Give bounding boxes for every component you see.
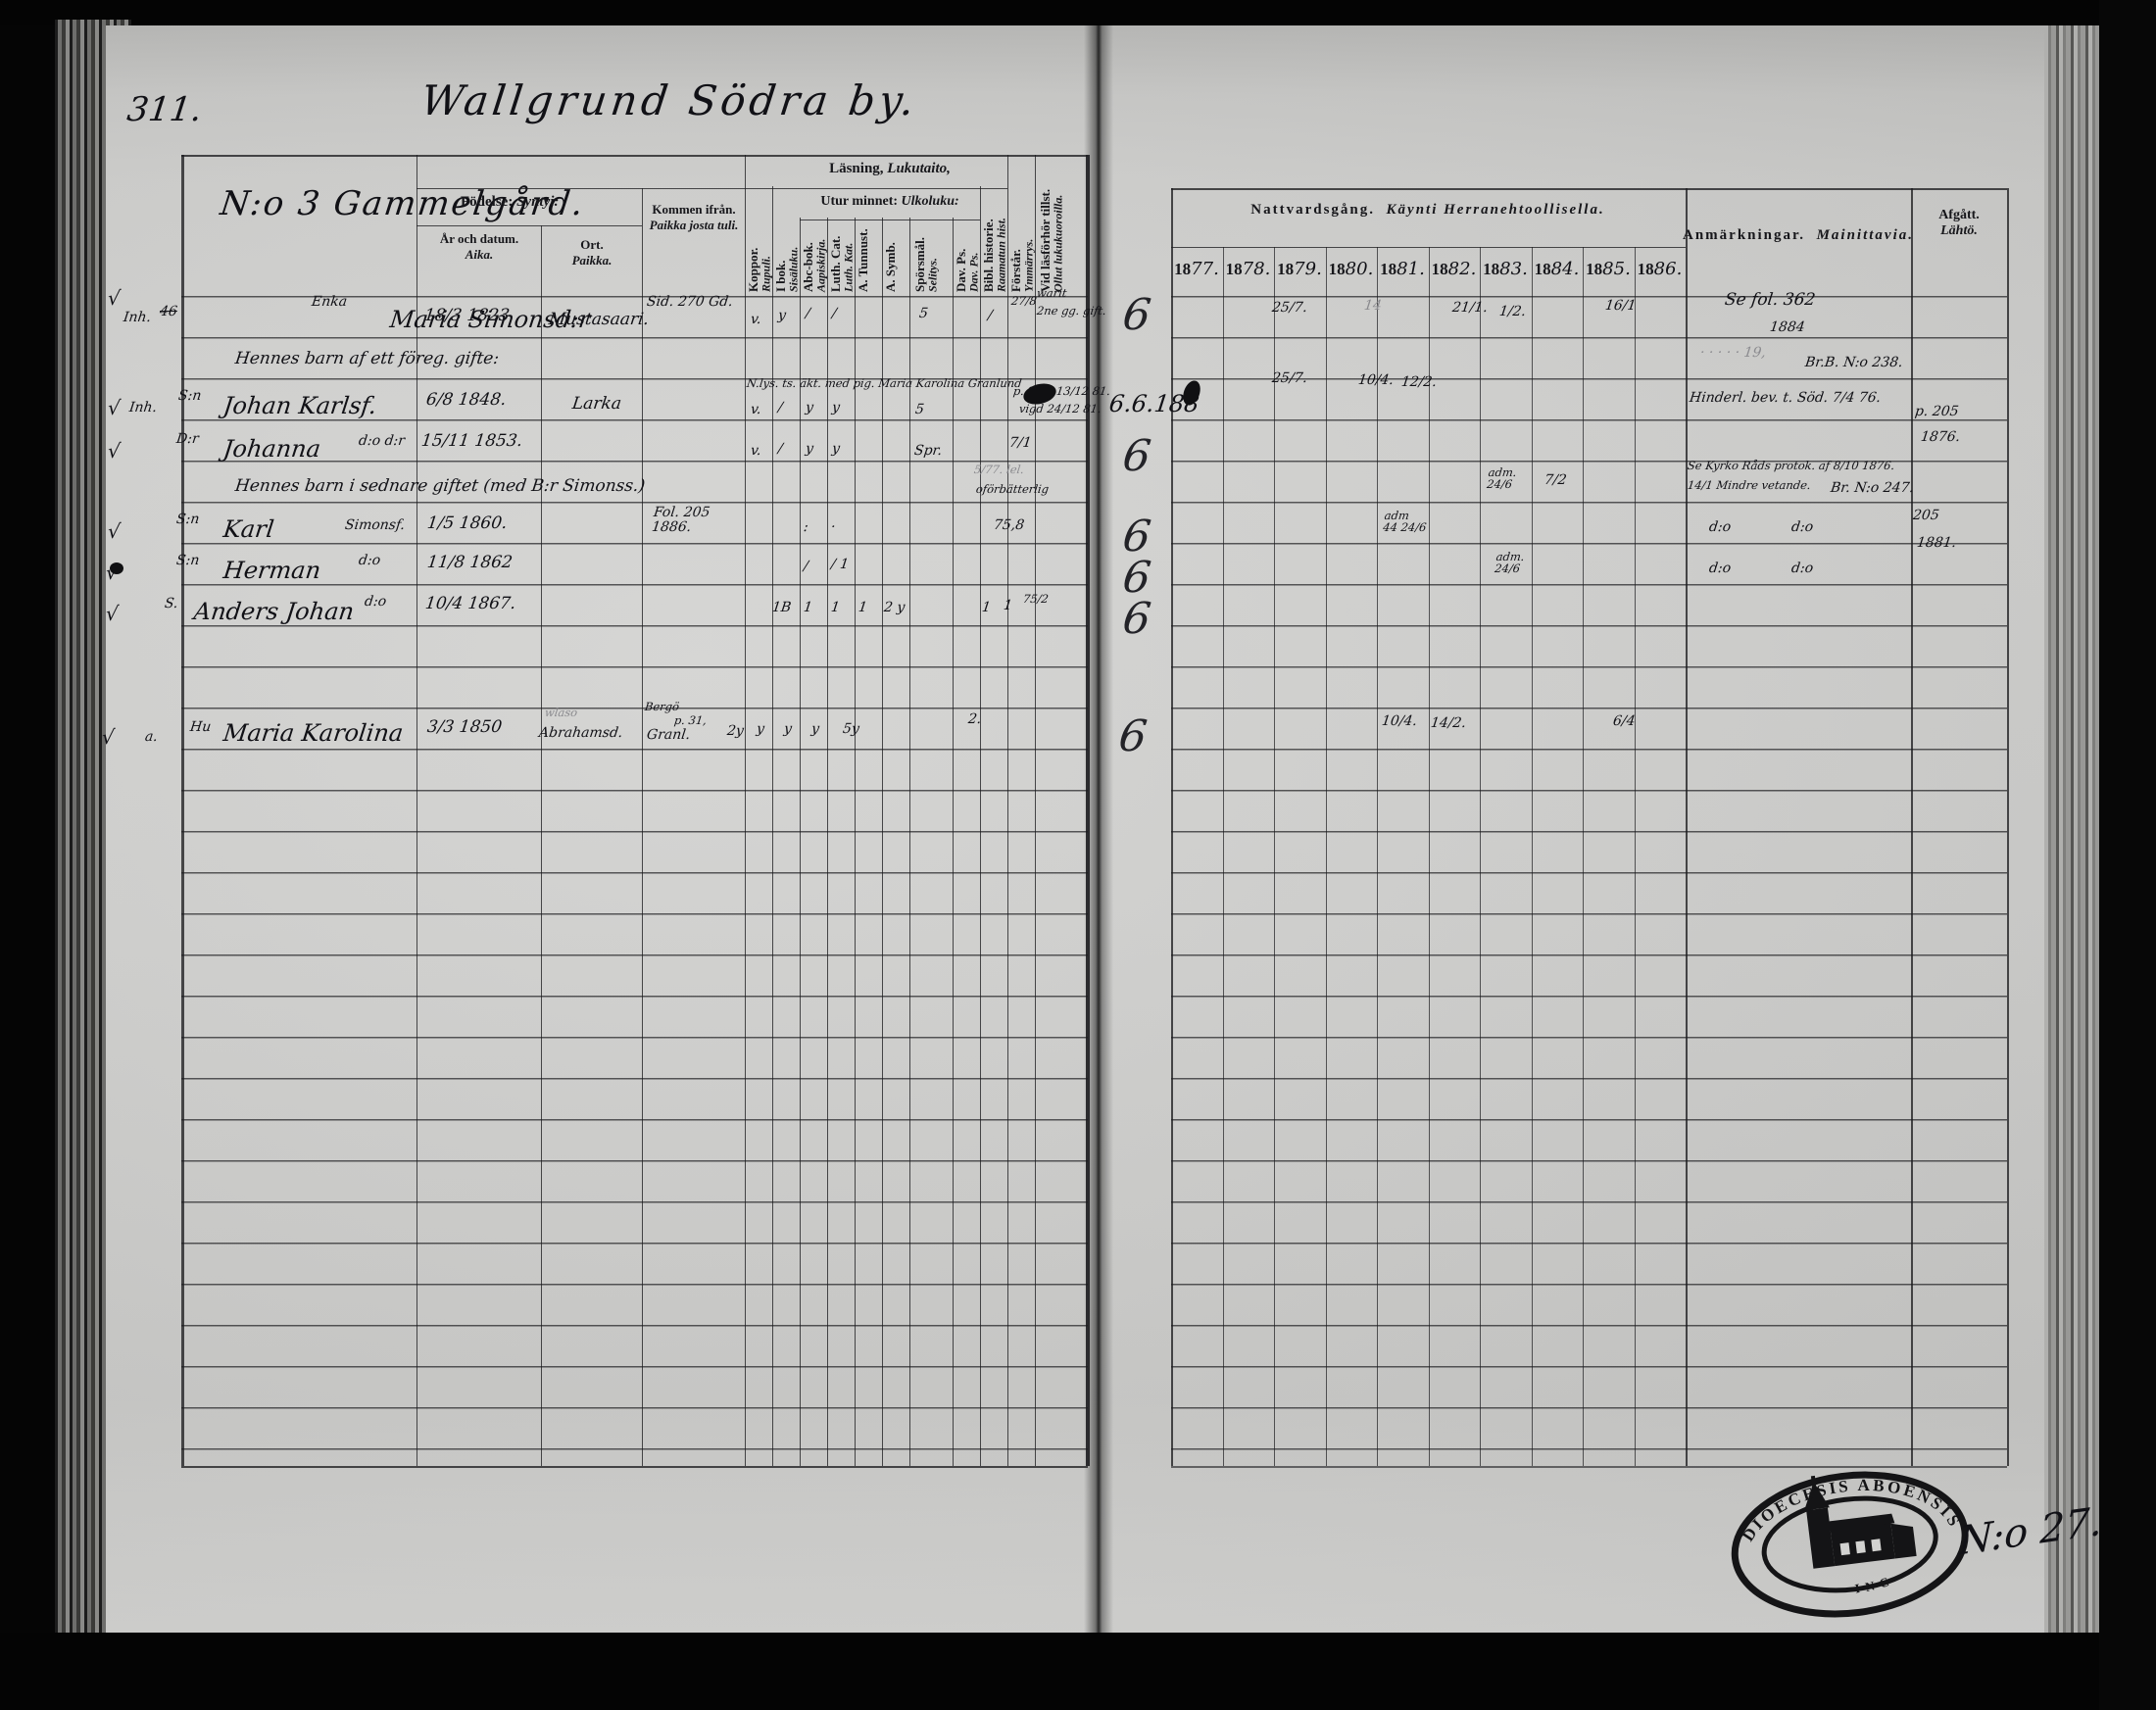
row-maria-karolina-entry: 6/4 <box>1612 713 1636 729</box>
row-hennes-barn-sednare-gifte-entry: 7/2 <box>1543 472 1567 488</box>
row-karl-simonsson-entry: Fol. 205 1886. <box>651 506 710 534</box>
column-label-luth-cat-: Luth. Cat.Luth. Kat. <box>829 221 855 292</box>
rule <box>416 225 642 226</box>
row-hennes-barn-sednare-gifte-entry: oförbätterlig <box>975 482 1050 496</box>
row-karl-simonsson-entry: S:n <box>175 512 200 527</box>
row-johan-karlsson-entry: 25/7. <box>1271 370 1308 386</box>
header-utur-minnet: Utur minnet: Ulkoluku: <box>820 194 958 210</box>
row-anders-johan-entry: √ <box>105 602 121 625</box>
ink-blot <box>110 562 123 574</box>
row-karl-simonsson-entry: 205 <box>1912 508 1940 523</box>
row-maria-karolina-entry: Maria Karolina <box>221 719 405 747</box>
row-maria-simonsdotter-entry: 2ne gg. gift. <box>1036 304 1107 318</box>
header-fodelse: Födelse: Syntyi: <box>461 194 559 211</box>
row-johan-karlsson-entry: Hinderl. bev. t. Söd. 7/4 76. <box>1689 390 1882 406</box>
row-johan-karlsson-entry: 6/8 1848. <box>425 390 508 410</box>
row-maria-simonsdotter-entry: 18/3 1823 <box>423 306 511 325</box>
row-johanna-entry: Spr. <box>913 443 943 459</box>
rule <box>2007 188 2009 1466</box>
row-maria-simonsdotter-entry: 1/2. <box>1498 304 1527 319</box>
column-label-a-symb-: A. Symb. <box>884 221 907 292</box>
row-maria-simonsdotter-entry: 1884 <box>1769 319 1806 335</box>
year-1885: 1885. <box>1583 259 1634 279</box>
year-1886: 1886. <box>1635 259 1686 279</box>
row-hennes-barn-sednare-gifte-entry: 14/1 Mindre vetande. <box>1687 478 1811 492</box>
column-label-f-rst-r-: Förstår.Ymmärrys. <box>1009 159 1035 292</box>
header-nattvardsgang: Nattvardsgång. Käynti Herranehtoollisell… <box>1250 202 1604 219</box>
book-edge-right <box>2099 0 2156 1710</box>
row-maria-simonsdotter-entry: 46 <box>159 304 178 319</box>
column-label-vid-l-sf-rh-r-tillst-: Vid läsförhör tillst.Ollut lukukuoroilla… <box>1039 159 1086 292</box>
row-maria-simonsdotter-entry: 21/1. <box>1451 300 1489 316</box>
header-ar-och-datum: År och datum.Aika. <box>425 231 533 263</box>
row-herman-entry: d:o <box>1790 561 1814 576</box>
row-maria-simonsdotter-entry: v. <box>750 312 762 327</box>
row-anders-johan-entry: d:o <box>364 594 387 610</box>
row-maria-karolina-entry: Granl. <box>646 727 691 743</box>
background-top <box>0 0 2156 25</box>
row-herman-entry: d:o <box>1708 561 1732 576</box>
svg-text:· INC ·: · INC · <box>1834 1564 1915 1598</box>
row-karl-simonsson-entry: Simonsf. <box>344 517 406 533</box>
row-maria-karolina-entry: p. 31, <box>673 713 708 727</box>
row-maria-simonsdotter-entry: Inh. <box>122 310 152 325</box>
row-maria-karolina-entry: 5y <box>842 721 860 737</box>
row-maria-simonsdotter-entry: Enka <box>311 294 348 310</box>
row-johan-karlsson-entry: S:n <box>177 388 202 404</box>
row-maria-karolina-entry: a. <box>144 729 159 745</box>
row-maria-simonsdotter-entry: 14 <box>1363 298 1383 314</box>
column-label-a-tunnust-: A. Tunnust. <box>857 221 882 292</box>
row-maria-karolina-entry: wlaso <box>544 706 578 719</box>
rule <box>416 188 1007 189</box>
row-maria-karolina-entry: 10/4. <box>1381 713 1418 729</box>
row-maria-karolina-entry: 2y <box>726 723 745 739</box>
rule <box>1171 188 2007 190</box>
row-herman-entry: d:o <box>358 553 381 568</box>
row-anders-johan-entry: 10/4 1867. <box>424 594 517 613</box>
rule <box>181 1466 1088 1468</box>
row-hennes-barn-sednare-gifte-entry: Se Kyrko Råds protok. af 8/10 1876. <box>1687 459 1895 472</box>
row-rules <box>181 296 1088 1466</box>
row-hennes-barn-foregaende-gifte-entry: · · · · · 19, <box>1699 345 1767 361</box>
row-hennes-barn-sednare-gifte-entry: 5/77. lel. <box>973 463 1025 476</box>
folio-number: 311. <box>125 90 205 129</box>
row-johan-karlsson-entry: Inh. <box>128 400 158 415</box>
diocese-stamp: DIOECESIS ABOENSIS · INC · <box>1714 1451 1986 1642</box>
year-1879: 1879. <box>1274 259 1325 279</box>
row-johanna-entry: D:r <box>175 431 200 447</box>
header-kommen-ifran: Kommen ifrån.Paikka josta tuli. <box>645 202 743 233</box>
scanned-parish-register-page: 311. Wallgrund Södra by. N:o 3 Gammelgår… <box>0 0 2156 1710</box>
row-maria-simonsdotter-entry: 27/8 <box>1010 294 1038 308</box>
row-hennes-barn-sednare-gifte-entry: Hennes barn i sednare giftet (med B:r Si… <box>234 476 647 496</box>
row-karl-simonsson-entry: d:o <box>1708 519 1732 535</box>
row-herman-entry: / 1 <box>830 557 850 572</box>
row-maria-simonsdotter-entry: Mustasaari. <box>548 310 650 329</box>
row-johan-karlsson-entry: N.lys. ts. äkt. med pig. Maria Karolina … <box>746 376 1022 390</box>
row-karl-simonsson-entry: adm 44 24/6 <box>1383 510 1429 533</box>
year-1877: 1877. <box>1171 259 1222 279</box>
row-johan-karlsson-entry: 12/2. <box>1400 374 1438 390</box>
row-johanna-entry: v. <box>750 443 762 459</box>
row-anders-johan-entry: S. <box>164 596 179 611</box>
row-maria-simonsdotter-entry: warit <box>1036 286 1067 300</box>
row-maria-karolina-entry: Abrahamsd. <box>538 725 623 741</box>
year-1882: 1882. <box>1429 259 1480 279</box>
row-hennes-barn-foregaende-gifte-entry: Br.B. N:o 238. <box>1804 355 1904 370</box>
row-maria-karolina-entry: Bergö <box>644 700 680 713</box>
row-karl-simonsson-entry: d:o <box>1790 519 1814 535</box>
row-herman-entry: adm. 24/6 <box>1494 551 1526 574</box>
row-maria-karolina-entry: 3/3 1850 <box>426 717 503 737</box>
row-maria-karolina-entry: 14/2. <box>1430 715 1467 731</box>
stamp-arc-text-bottom: · INC · <box>1834 1564 1915 1598</box>
header-afgatt: Afgått.Lähtö. <box>1915 208 2003 239</box>
row-karl-simonsson-entry: √ <box>107 519 122 543</box>
row-johanna-entry: √ <box>107 439 122 463</box>
year-1880: 1880. <box>1326 259 1377 279</box>
background-bottom <box>0 1633 2156 1710</box>
row-johanna-entry: 7/1 <box>1008 435 1032 451</box>
row-johan-karlsson-entry: Johan Karlsf. <box>221 392 378 419</box>
row-johanna-entry: d:o d:r <box>358 433 406 449</box>
row-hennes-barn-sednare-gifte-entry: Br. N:o 247. <box>1830 480 1915 496</box>
year-1883: 1883. <box>1480 259 1531 279</box>
row-johan-karlsson-entry: 1876. <box>1920 429 1961 445</box>
row-johanna-entry: 15/11 1853. <box>420 431 524 451</box>
column-label-i-bok-: I bok.Sisäluku. <box>774 190 800 292</box>
row-anders-johan-entry: 1B <box>771 600 792 615</box>
row-karl-simonsson-entry: 1/5 1860. <box>426 513 509 533</box>
page-title: Wallgrund Södra by. <box>418 76 921 124</box>
row-maria-karolina-entry: 2. <box>967 711 982 727</box>
row-maria-simonsdotter-entry: Sid. 270 Gd. <box>646 294 734 310</box>
row-johan-karlsson-entry: 5 <box>914 402 925 417</box>
row-hennes-barn-sednare-gifte-entry: adm. 24/6 <box>1487 466 1518 490</box>
year-1884: 1884. <box>1532 259 1583 279</box>
book-edge-left <box>0 0 55 1710</box>
header-ort: Ort.Paikka. <box>548 237 636 269</box>
column-label-abc-bok-: Abc-bok.Aapiskirja. <box>802 221 827 292</box>
column-label-bibl-historie-: Bibl. historie.Raamatun hist. <box>982 190 1007 292</box>
row-maria-simonsdotter-entry: 16/1 <box>1604 298 1637 314</box>
header-anmarkningar: Anmärkningar. Mainittavia. <box>1683 227 1914 244</box>
column-label-dav-ps-: Dav. Ps.Dav. Ps. <box>955 190 980 292</box>
row-anders-johan-entry: 75/2 <box>1022 592 1050 606</box>
column-label-sp-rsm-l-: Spörsmål.Selitys. <box>913 221 951 292</box>
column-label-koppor-: Koppor.Rupuli. <box>747 159 772 292</box>
page-stack-right <box>2044 25 2099 1633</box>
row-johan-karlsson-entry: v. <box>750 402 762 417</box>
row-johan-karlsson-entry: p. 205 <box>1914 404 1960 419</box>
row-maria-simonsdotter-entry: √ <box>107 286 122 310</box>
row-anders-johan-entry: 2 y <box>883 600 906 615</box>
row-karl-simonsson-entry: 1881. <box>1916 535 1957 551</box>
year-1881: 1881. <box>1377 259 1428 279</box>
row-herman-entry: 11/8 1862 <box>426 553 514 572</box>
year-1878: 1878. <box>1223 259 1274 279</box>
rule <box>181 155 1088 157</box>
row-maria-simonsdotter-entry: Se fol. 362 <box>1724 290 1817 310</box>
row-johan-karlsson-entry: 10/4. <box>1357 372 1395 388</box>
row-maria-simonsdotter-entry: 25/7. <box>1271 300 1308 316</box>
header-lasning: Läsning, Lukutaito, <box>829 161 951 177</box>
row-maria-karolina-entry: √ <box>101 725 117 749</box>
row-anders-johan-entry: Anders Johan <box>192 598 356 625</box>
row-maria-karolina-entry: Hu <box>189 719 212 735</box>
row-karl-simonsson-entry: Karl <box>221 515 275 543</box>
row-karl-simonsson-entry: 75,8 <box>993 517 1025 533</box>
row-herman-entry: S:n <box>175 553 200 568</box>
row-johan-karlsson-entry: √ <box>107 396 122 419</box>
row-hennes-barn-foregaende-gifte-entry: Hennes barn af ett föreg. gifte: <box>234 349 501 368</box>
row-maria-simonsdotter-entry: 5 <box>918 306 929 321</box>
row-johanna-entry: Johanna <box>221 435 322 463</box>
row-johan-karlsson-entry: Larka <box>571 394 622 414</box>
row-herman-entry: Herman <box>221 557 322 584</box>
